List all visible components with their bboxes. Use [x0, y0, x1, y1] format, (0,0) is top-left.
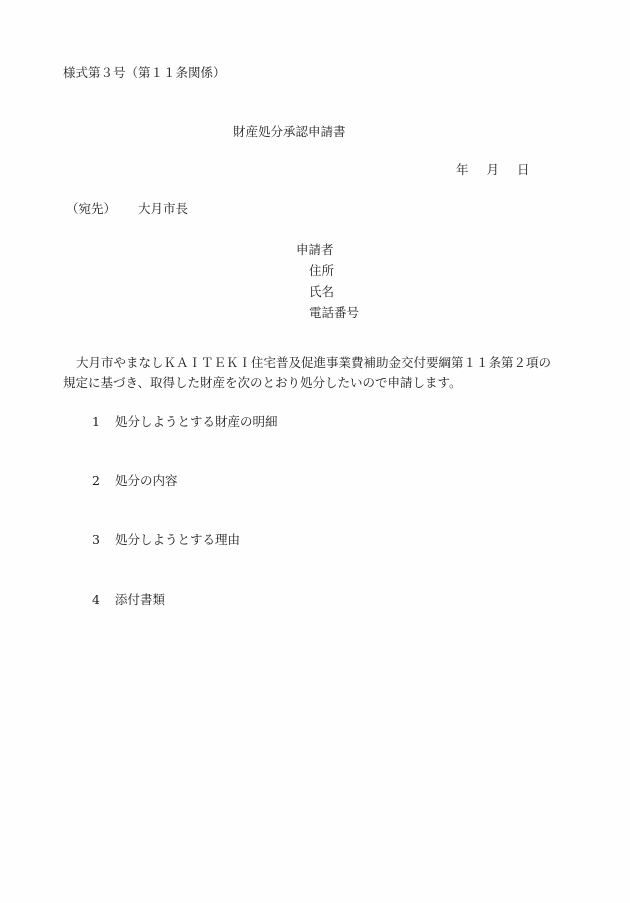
- applicant-heading: 申請者: [296, 239, 359, 260]
- item-label: 処分の内容: [115, 473, 178, 488]
- applicant-block: 申請者 住所 氏名 電話番号: [296, 239, 359, 323]
- year-label: 年: [456, 162, 469, 178]
- applicant-name-label: 氏名: [296, 281, 359, 302]
- applicant-address-label: 住所: [296, 260, 359, 281]
- addressee-prefix: （宛先）: [66, 201, 116, 216]
- day-label: 日: [517, 162, 530, 178]
- item-number: 2: [92, 473, 115, 489]
- item-number: 4: [92, 592, 115, 608]
- list-item: 3処分しようとする理由: [92, 532, 240, 548]
- body-line-1: 大月市やまなしＫＡＩＴＥＫＩ住宅普及促進事業費補助金交付要綱第１１条第２項の: [63, 353, 583, 373]
- addressee: （宛先）大月市長: [66, 201, 188, 217]
- addressee-name: 大月市長: [138, 201, 188, 216]
- item-number: 1: [92, 414, 115, 430]
- applicant-phone-label: 電話番号: [296, 302, 359, 323]
- item-label: 処分しようとする財産の明細: [115, 414, 278, 429]
- item-label: 処分しようとする理由: [115, 532, 240, 547]
- month-label: 月: [487, 162, 500, 178]
- item-number: 3: [92, 532, 115, 548]
- list-item: 2処分の内容: [92, 473, 178, 489]
- list-item: 4添付書類: [92, 592, 165, 608]
- body-line-2: 規定に基づき、取得した財産を次のとおり処分したいので申請します。: [63, 373, 583, 393]
- date-line: 年月日: [456, 162, 530, 178]
- list-item: 1処分しようとする財産の明細: [92, 414, 278, 430]
- body-paragraph: 大月市やまなしＫＡＩＴＥＫＩ住宅普及促進事業費補助金交付要綱第１１条第２項の 規…: [63, 353, 583, 393]
- item-label: 添付書類: [115, 592, 165, 607]
- document-title: 財産処分承認申請書: [233, 124, 346, 140]
- document-page: 様式第３号（第１１条関係） 財産処分承認申請書 年月日 （宛先）大月市長 申請者…: [0, 0, 630, 903]
- form-number: 様式第３号（第１１条関係）: [63, 65, 226, 81]
